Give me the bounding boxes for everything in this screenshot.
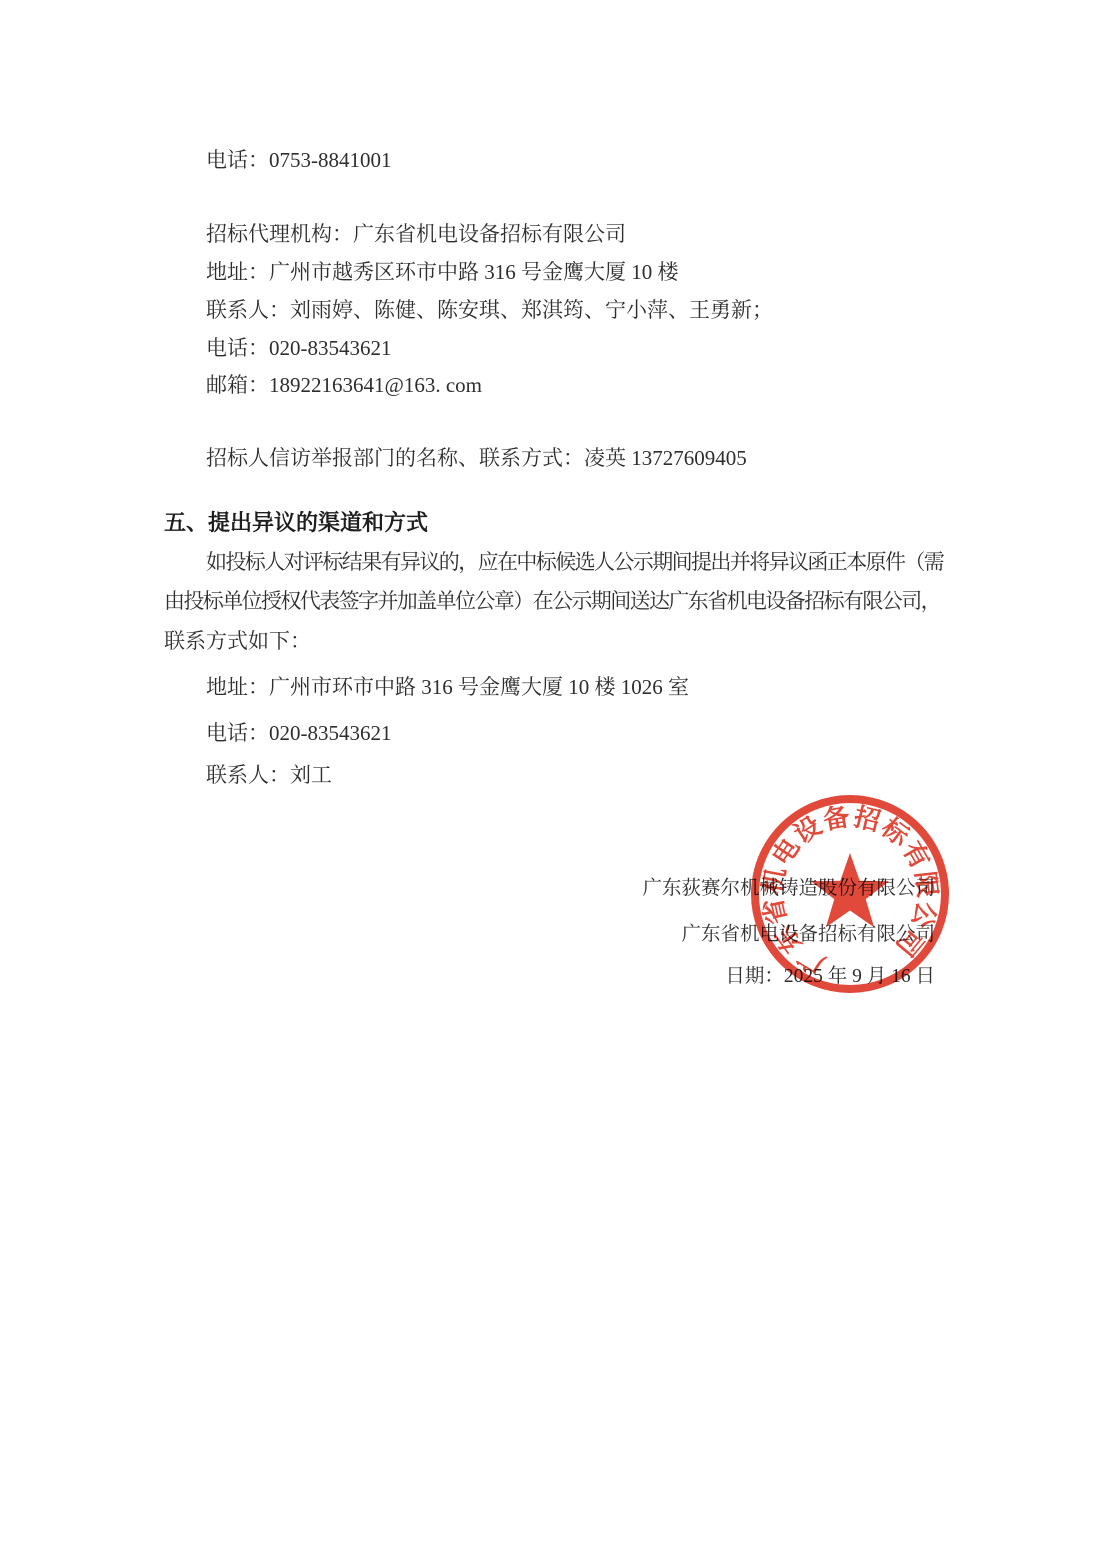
signature-company-1: 广东荻赛尔机械铸造股份有限公司 <box>642 872 935 900</box>
signature-date: 日期：2025 年 9 月 16 日 <box>725 960 935 988</box>
report-contact-line: 招标人信访举报部门的名称、联系方式：凌英 13727609405 <box>206 445 747 471</box>
agency-email-line: 邮箱：18922163641@163. com <box>206 372 482 398</box>
section5-paragraph-line1: 如投标人对评标结果有异议的，应在中标候选人公示期间提出并将异议函正本原件（需 <box>206 549 943 575</box>
owner-phone-line: 电话：0753-8841001 <box>206 147 392 173</box>
section5-contact-line: 联系人：刘工 <box>206 762 332 788</box>
section5-paragraph-line3: 联系方式如下： <box>164 628 311 654</box>
agency-phone-line: 电话：020-83543621 <box>206 335 392 361</box>
section5-address-line: 地址：广州市环市中路 316 号金鹰大厦 10 楼 1026 室 <box>206 674 689 700</box>
agency-contacts-line: 联系人：刘雨婷、陈健、陈安琪、郑淇筠、宁小萍、王勇新； <box>206 297 773 323</box>
section5-heading: 五、提出异议的渠道和方式 <box>164 506 428 537</box>
section5-paragraph-line2: 由投标单位授权代表签字并加盖单位公章）在公示期间送达广东省机电设备招标有限公司， <box>164 588 940 614</box>
agency-address-line: 地址：广州市越秀区环市中路 316 号金鹰大厦 10 楼 <box>206 259 679 285</box>
section5-phone-line: 电话：020-83543621 <box>206 720 392 746</box>
signature-company-2: 广东省机电设备招标有限公司 <box>681 918 935 946</box>
document-page: 电话：0753-8841001 招标代理机构：广东省机电设备招标有限公司 地址：… <box>0 0 1102 1559</box>
agency-title-line: 招标代理机构：广东省机电设备招标有限公司 <box>206 221 626 247</box>
